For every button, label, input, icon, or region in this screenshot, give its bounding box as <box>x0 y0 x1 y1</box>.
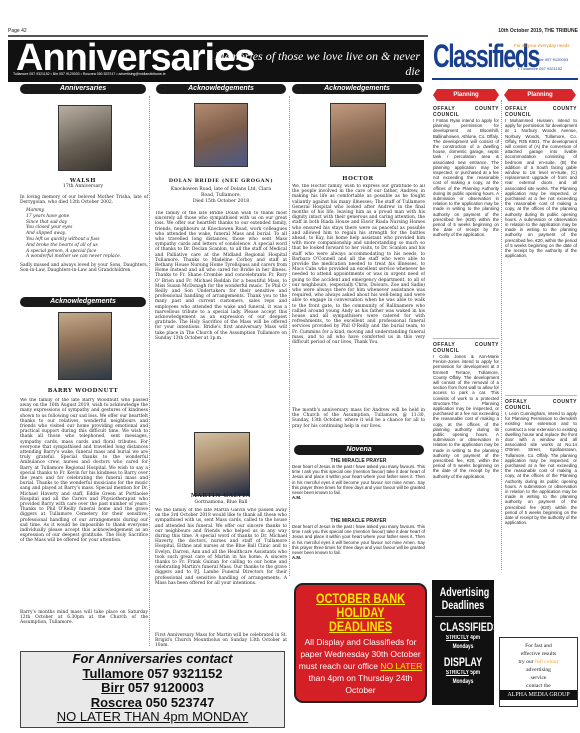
alpha-line: service <box>500 674 577 682</box>
alpha-line: advertising <box>500 666 577 674</box>
walsh-subtitle: 17th Anniversary <box>20 184 146 190</box>
dolan-body: The family of the late Bridie Dolan wish… <box>155 211 287 426</box>
classifieds-phone-birr: • Birr 057 9120003 <box>535 57 568 62</box>
adv-display-when: STRICTLY 5pm Mondays <box>438 669 488 687</box>
dolan-died: Died 15th October 2018 <box>154 199 288 205</box>
section-tagline: Memories of those we love live on & neve… <box>202 49 420 79</box>
walsh-photo <box>58 105 112 171</box>
hoctor-photo <box>330 103 386 167</box>
bank-holiday-ad: OCTOBER BANK HOLIDAY DEADLINES All Displ… <box>294 583 427 703</box>
contact-heading: For Anniversaries contact <box>21 652 284 667</box>
contact-deadline: NO LATER THAN 4pm MONDAY <box>21 710 284 725</box>
planning-notice: OFFALY COUNTY COUNCIL I, Leon Cunningham… <box>505 395 577 525</box>
column-divider <box>289 96 290 576</box>
galvin-name: MARTIN GALVIN <box>154 493 288 499</box>
classifieds-tagline: For all your everyday needs <box>514 43 570 48</box>
anniversaries-contact-box: For Anniversaries contact Tullamore 057 … <box>20 651 285 728</box>
contact-birr: Birr 057 9120003 <box>21 681 284 696</box>
woodnutt-photo <box>58 312 112 380</box>
bank-title-1: OCTOBER BANK <box>310 591 411 605</box>
notice-heading: OFFALY COUNTY COUNCIL <box>505 399 577 411</box>
dolan-name: DOLAN BRIDIE (NEE GROGAN) <box>154 178 288 184</box>
notice-heading: OFFALY COUNTY COUNCIL <box>433 342 499 354</box>
notice-body: I Colin Jones & Ann-Marie Fenlon-Jones i… <box>433 354 499 479</box>
prayer-body: Dear heart of Jesus in the past I have a… <box>292 464 425 495</box>
notice-heading: OFFALY COUNTY COUNCIL <box>433 106 499 118</box>
dolan-photo <box>194 103 248 167</box>
dateline: 10th October 2019, THE TRIBUNE <box>432 28 578 34</box>
woodnutt-closing: Barry's months mind mass will take place… <box>20 610 148 626</box>
notice-body: I Fintan Ryan intend to apply for planni… <box>433 118 499 238</box>
prayer-sign: A.M. <box>292 555 425 560</box>
alpha-line: contact the <box>500 682 577 690</box>
notice-heading: OFFALY COUNTY COUNCIL <box>505 106 577 118</box>
tab-novena: Novena <box>294 445 424 455</box>
classifieds-phone-tullamore: • Tullamore 057 9321152 <box>518 66 562 71</box>
tab-acknowledgements-2: Acknowledgements <box>292 84 422 94</box>
dolan-address: Knockowen Road, late of Dolans Ltd, Clar… <box>165 187 277 199</box>
adv-display: DISPLAY <box>440 656 487 669</box>
bank-title-2: HOLIDAY DEADLINES <box>310 605 411 633</box>
column-divider <box>501 100 502 570</box>
alpha-media-ad: For fast and effective results try our f… <box>499 637 578 707</box>
galvin-photo <box>194 432 250 496</box>
tab-acknowledgements-col1: Acknowledgements <box>20 297 146 307</box>
contact-line: Tullamore 057 9321152 • Birr 057 9120003… <box>13 72 166 76</box>
notice-body: I, Leon Cunningham, intend to apply for … <box>505 411 577 525</box>
planning-notice: OFFALY COUNTY COUNCIL I Fintan Ryan inte… <box>433 106 499 238</box>
alpha-line: effective results <box>500 650 577 658</box>
planning-notice: OFFALY COUNTY COUNCIL I Colin Jones & An… <box>433 338 499 479</box>
hoctor-body: We, the Hoctor family, wish to express o… <box>292 184 425 384</box>
adv-title-2: Deadlines <box>440 599 487 612</box>
walsh-poem: Mammy, 17 years have gone Since that sad… <box>26 208 146 260</box>
galvin-closing: First Anniversary Mass for Martin will b… <box>155 633 287 649</box>
poem-line: A wonderful mother we can never replace. <box>26 254 146 260</box>
adv-classifieds: CLASSIFIEDS <box>440 621 487 634</box>
bank-body: All Display and Classifieds for paper We… <box>296 636 425 696</box>
prayer-body: Dear heart of Jesus in the past I have a… <box>292 524 425 555</box>
bank-body-text: than 4pm on Thursday 24th October <box>309 673 413 695</box>
classifieds-rule <box>432 78 578 80</box>
column-divider <box>149 96 150 646</box>
tab-planning-1: Planning <box>433 89 499 101</box>
tab-anniversaries: Anniversaries <box>20 84 146 94</box>
contact-tullamore: Tullamore 057 9321152 <box>21 667 284 682</box>
novena-prayer: THE MIRACLE PRAYER Dear heart of Jesus i… <box>292 518 425 560</box>
tab-planning-2: Planning <box>504 89 576 101</box>
prayer-sign: A.M. <box>292 495 425 500</box>
contact-roscrea: Roscrea 050 523747 <box>21 696 284 711</box>
alpha-footer: ALPHA MEDIA GROUP <box>500 690 577 700</box>
hoctor-name: HOCTOR <box>292 176 424 182</box>
tab-acknowledgements-1: Acknowledgements <box>156 84 286 94</box>
alpha-line: try our full colour <box>500 658 577 666</box>
novena-prayer: THE MIRACLE PRAYER Dear heart of Jesus i… <box>292 458 425 500</box>
walsh-intro: In loving memory of our beloved Mother T… <box>20 195 148 205</box>
page-number: Page 42 <box>8 28 27 34</box>
bank-highlight: NO LATER <box>380 661 422 671</box>
notice-body: I Muhammed Hussein, intend to apply for … <box>505 118 577 258</box>
planning-notice: OFFALY COUNTY COUNCIL I Muhammed Hussein… <box>505 106 577 258</box>
walsh-closing: Sadly missed and always loved by your So… <box>20 263 148 273</box>
alpha-line: For fast and <box>500 642 577 650</box>
galvin-body: We the family of the late Martin Galvin … <box>155 508 287 628</box>
hoctor-closing: The month's anniversary mass for Andrew … <box>292 408 425 429</box>
woodnutt-body: We the family of the late Barry Woodnutt… <box>20 398 148 598</box>
woodnutt-name: BARRY WOODNUTT <box>20 388 146 394</box>
advertising-deadlines-ad: Advertising Deadlines CLASSIFIEDS STRICT… <box>432 580 494 705</box>
galvin-subtitle: Gortnamona, Blue Ball <box>154 500 288 506</box>
adv-classifieds-when: STRICTLY 4pm Mondays <box>438 634 488 652</box>
